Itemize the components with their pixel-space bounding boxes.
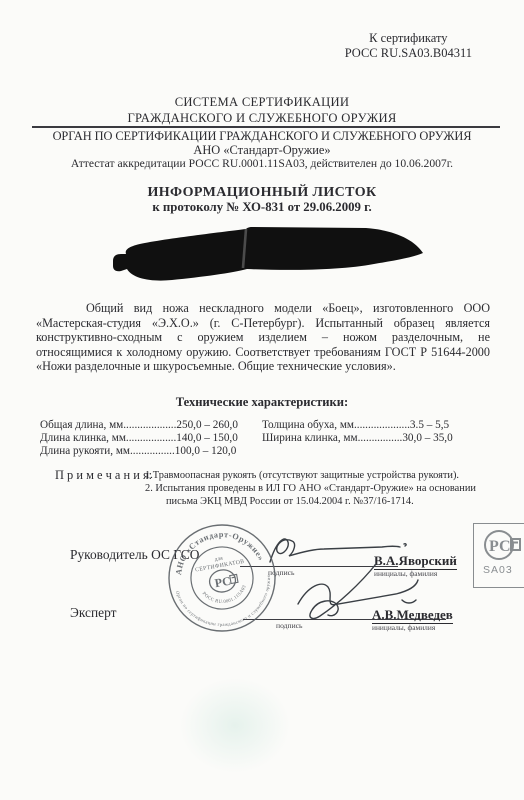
specs-heading: Технические характеристики: bbox=[0, 395, 524, 410]
paragraph-line: Общий вид ножа нескладного модели «Боец»… bbox=[36, 301, 490, 316]
signature-caption-expert: подпись bbox=[276, 621, 302, 630]
spec-spine-thickness: Толщина обуха, мм....................3.5… bbox=[262, 419, 449, 432]
system-title-line1: СИСТЕМА СЕРТИФИКАЦИИ bbox=[0, 95, 524, 111]
corner-rst-stamp: РС SA03 bbox=[473, 523, 524, 588]
paragraph-line: конструктивно-сходным с оружием изделием… bbox=[36, 330, 490, 345]
certification-body-line: ОРГАН ПО СЕРТИФИКАЦИИ ГРАЖДАНСКОГО И СЛУ… bbox=[0, 129, 524, 144]
document-subtitle: к протоколу № ХО-831 от 29.06.2009 г. bbox=[0, 200, 524, 215]
svg-text:РС: РС bbox=[214, 574, 232, 591]
note-2-line2: письма ЭКЦ МВД России от 15.04.2004 г. №… bbox=[166, 496, 414, 507]
signatory-name-expert: А.В.Медведев bbox=[372, 607, 453, 624]
notes-heading: П р и м е ч а н и я: bbox=[55, 468, 152, 483]
ink-bleed-smudge bbox=[180, 678, 290, 773]
document-title: ИНФОРМАЦИОННЫЙ ЛИСТОК bbox=[0, 185, 524, 201]
organization-name: АНО «Стандарт-Оружие» bbox=[0, 143, 524, 158]
note-1: 1.Травмоопасная рукоять (отсутствуют защ… bbox=[145, 470, 459, 481]
round-stamp: АНО «Стандарт-Оружие» Орган по сертифика… bbox=[165, 521, 279, 635]
description-paragraph: Общий вид ножа нескладного модели «Боец»… bbox=[36, 301, 490, 374]
spec-overall-length: Общая длина, мм...................250,0 … bbox=[40, 419, 238, 432]
scanned-certificate-page: { "colors": {"ink": "#2b2b30", "stamp_in… bbox=[0, 0, 524, 800]
system-title-line2: ГРАЖДАНСКОГО И СЛУЖЕБНОГО ОРУЖИЯ bbox=[0, 111, 524, 127]
rst-mark-icon: РС bbox=[480, 528, 524, 564]
stamp-rst-logo: РС bbox=[208, 568, 239, 595]
paragraph-line: «Мастерская-студия «Э.Х.О.» (г. С-Петерб… bbox=[36, 316, 490, 331]
spec-blade-width: Ширина клинка, мм................30,0 – … bbox=[262, 432, 453, 445]
note-2-line1: 2. Испытания проведены в ИЛ ГО АНО «Стан… bbox=[145, 483, 476, 494]
paragraph-line: «Ножи разделочные и шкуросъемные. Общие … bbox=[36, 359, 490, 374]
signatory-role-expert: Эксперт bbox=[70, 605, 116, 621]
accreditation-line: Аттестат аккредитации РОСС RU.0001.11SA0… bbox=[0, 157, 524, 170]
certification-system-title: СИСТЕМА СЕРТИФИКАЦИИ ГРАЖДАНСКОГО И СЛУЖ… bbox=[0, 95, 524, 126]
header-divider-rule bbox=[32, 126, 500, 128]
cert-ref-number: РОСС RU.SA03.B04311 bbox=[345, 46, 472, 61]
spec-handle-length: Длина рукояти, мм................100,0 –… bbox=[40, 445, 236, 458]
cert-ref-line1: К сертификату bbox=[345, 31, 472, 46]
paragraph-line: относящимися к холодному оружию. Соответ… bbox=[36, 345, 490, 360]
corner-stamp-code: SA03 bbox=[483, 564, 513, 576]
knife-photo bbox=[110, 224, 432, 294]
certificate-reference: К сертификату РОСС RU.SA03.B04311 bbox=[345, 31, 472, 61]
spec-blade-length: Длина клинка, мм..................140,0 … bbox=[40, 432, 238, 445]
name-caption-expert: инициалы, фамилия bbox=[372, 623, 435, 632]
svg-text:РС: РС bbox=[489, 538, 511, 555]
